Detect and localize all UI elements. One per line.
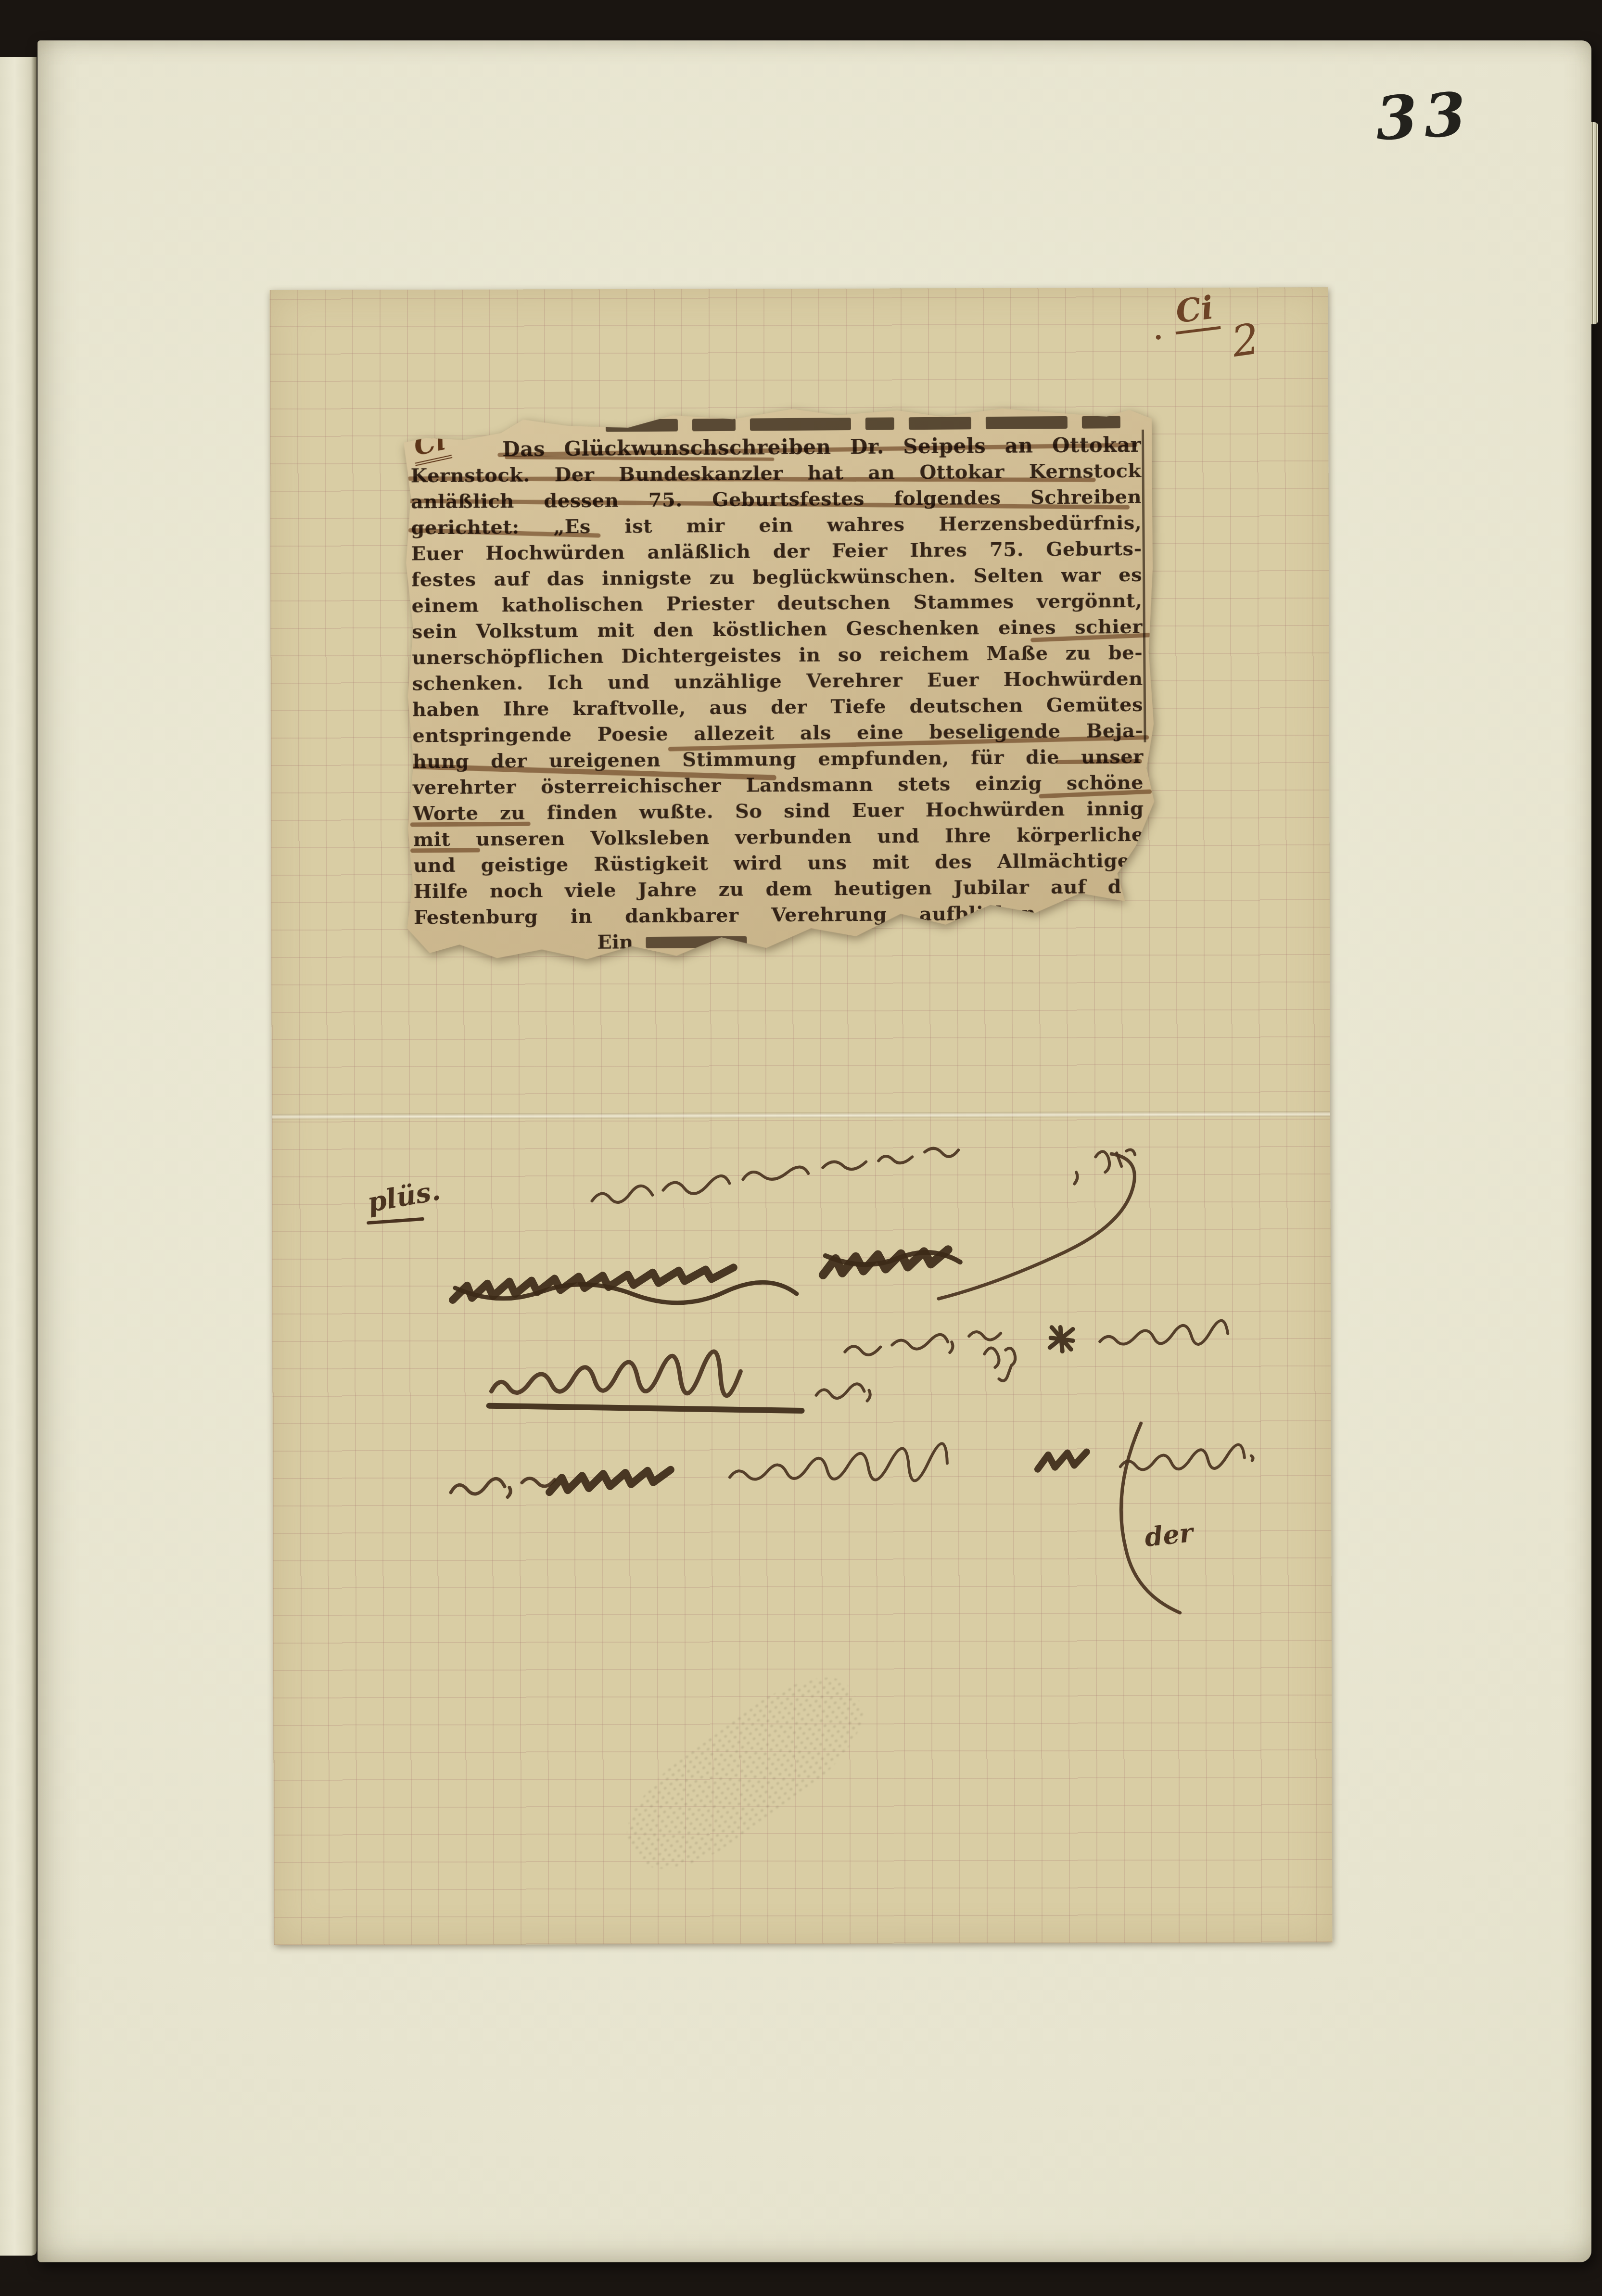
pen-underline [410, 848, 480, 853]
pen-underline [410, 822, 531, 827]
ink-smudge [607, 1653, 884, 1893]
bottom-fragment-word: Ein [597, 931, 633, 954]
margin-note-plus: plüs. [365, 1174, 443, 1219]
graph-paper-sheet: Ci 2 Das Glückwunschschreiben Dr. Seipel… [270, 287, 1333, 1945]
newspaper-clipping: Das Glückwunschschreiben Dr. Seipels an … [404, 403, 1156, 962]
page-edge-stack [1590, 122, 1598, 324]
fold-crease [272, 1111, 1330, 1120]
numeral-annotation: 2 [1229, 314, 1262, 367]
ci-annotation: Ci [1171, 288, 1221, 334]
album-page: 33 Ci 2 Das Glückwunschschreiben Dr. Sei… [38, 40, 1591, 2262]
previous-page-edge [0, 57, 37, 2256]
ink-dot [1156, 335, 1161, 340]
clipping-paper: Das Glückwunschschreiben Dr. Seipels an … [404, 403, 1156, 962]
scanned-album-page: { "page": { "number": "33" }, "sheet": {… [0, 0, 1602, 2296]
page-number: 33 [1374, 79, 1474, 154]
pen-underline [1055, 759, 1142, 764]
torn-text-fragment [606, 416, 1120, 434]
torn-bottom-line: Ein [407, 929, 747, 957]
clipping-line: Festenburg in dankbarer Verehrung aufbli… [407, 900, 1155, 931]
inserted-word-der: der [1143, 1517, 1195, 1553]
